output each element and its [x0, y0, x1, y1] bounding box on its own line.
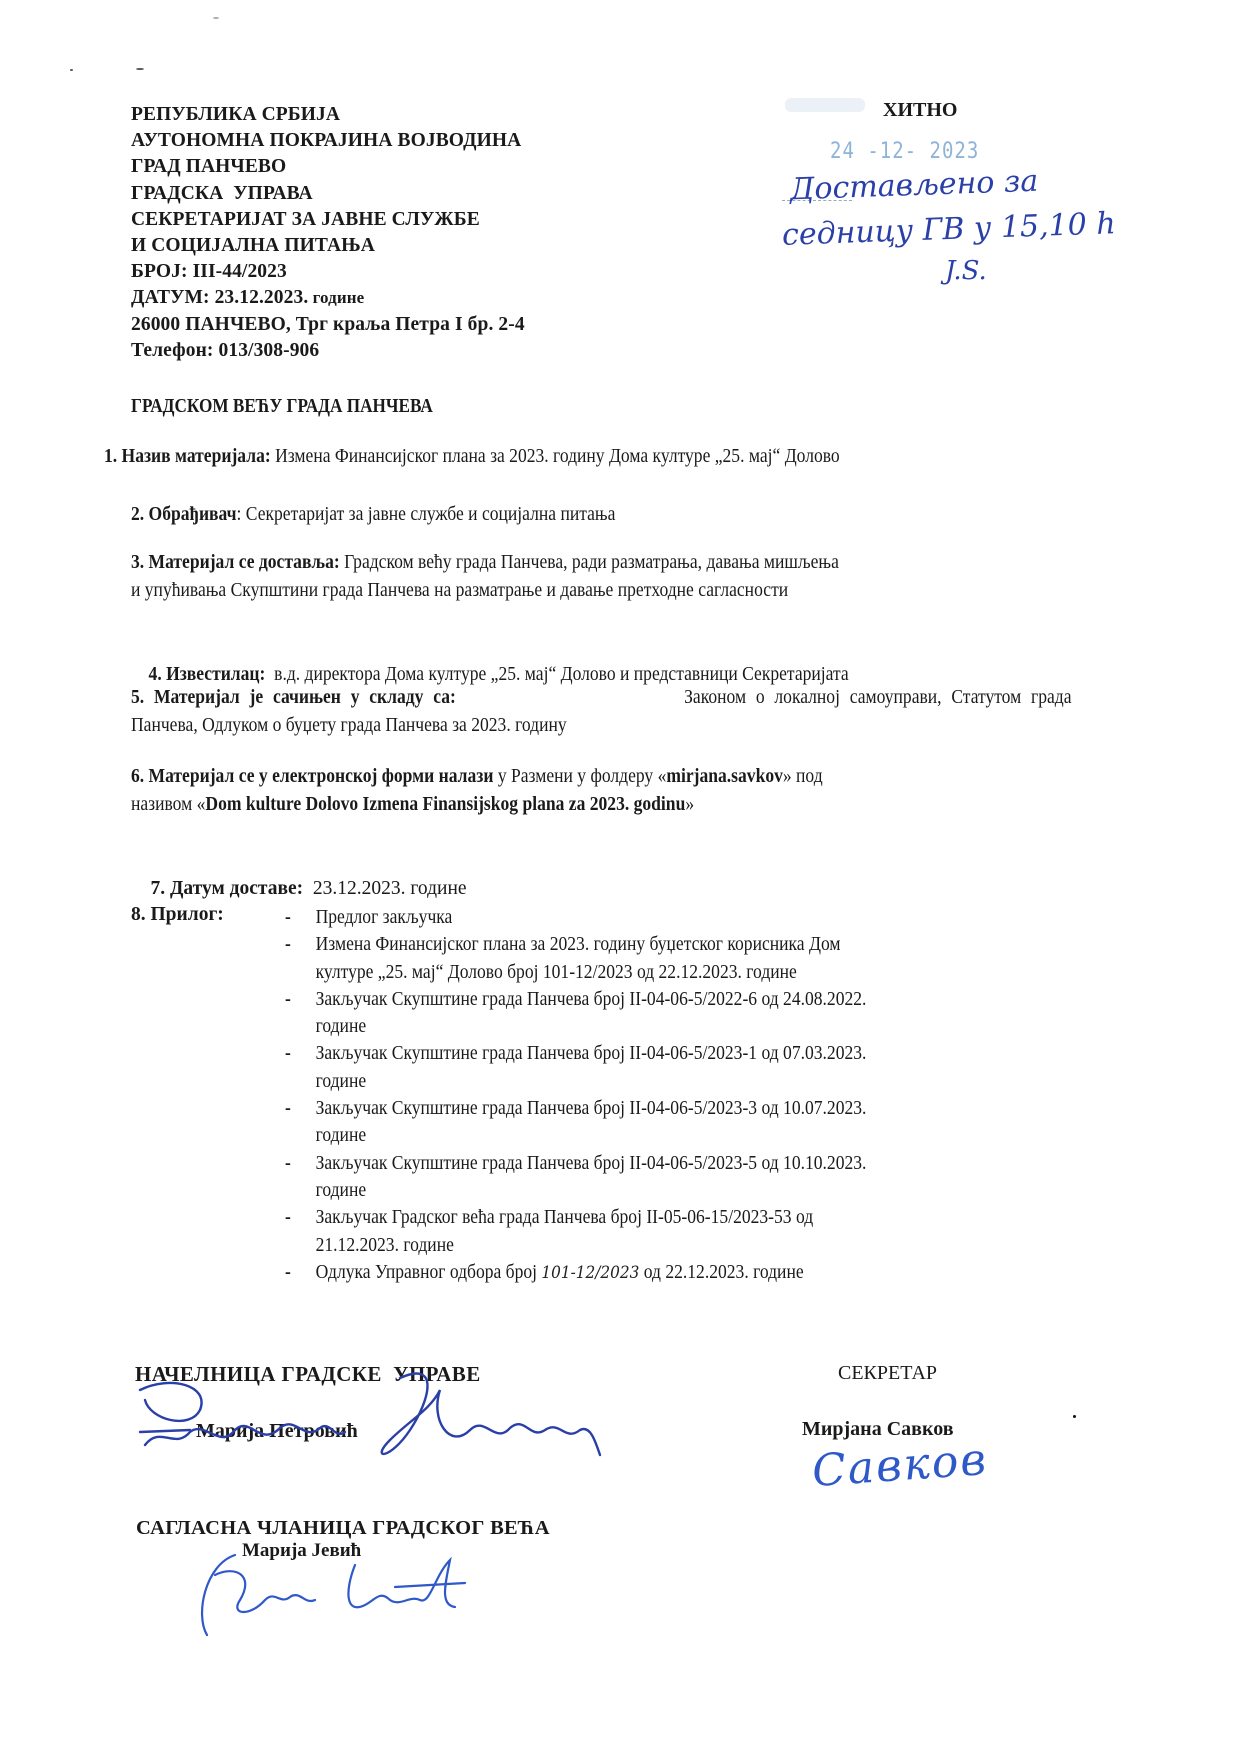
item-label: 5. Материјал је сачињен у складу са:: [131, 684, 456, 712]
item-text: » под: [783, 766, 823, 787]
header-line: И СОЦИЈАЛНА ПИТАЊА: [131, 233, 525, 259]
item-electronic-form: 6. Материјал се у електронској форми нал…: [131, 763, 1071, 819]
attachment-text: Закључак Скупштине града Панчева број II…: [316, 1150, 996, 1177]
attachment-item: - Измена Финансијског плана за 2023. год…: [285, 931, 996, 986]
attachment-item: - Закључак Градског већа града Панчева б…: [285, 1204, 996, 1259]
item-text: 23.12.2023. године: [303, 878, 466, 899]
attachment-item: - Одлука Управног одбора број 101-12/202…: [285, 1259, 996, 1287]
bullet-dash: -: [285, 1040, 291, 1067]
item-label: 1. Назив материјала:: [104, 446, 271, 467]
attachment-text-part: Одлука Управног одбора број: [316, 1262, 542, 1283]
item-legal-basis: 5. Материјал је сачињен у складу са: Зак…: [131, 684, 1071, 740]
attachment-text: Закључак Градског већа града Панчева бро…: [316, 1204, 996, 1231]
item-text: Измена Финансијског плана за 2023. годин…: [271, 446, 840, 467]
urgent-label: ХИТНО: [883, 99, 957, 122]
item-text: Градском већу града Панчева, ради размат…: [340, 552, 839, 573]
phone: Телефон: 013/308-906: [131, 338, 525, 364]
document-date: ДАТУМ: 23.12.2023. године: [131, 285, 525, 311]
bullet-dash: -: [285, 931, 291, 958]
header-line: ГРАД ПАНЧЕВО: [131, 154, 525, 180]
item-text: Законом о локалној самоуправи, Статутом …: [684, 684, 1071, 712]
bullet-dash: -: [285, 1150, 291, 1177]
signatory-title-secretary: СЕКРЕТАР: [838, 1362, 937, 1385]
header-line: РЕПУБЛИКА СРБИЈА: [131, 102, 525, 128]
item-text: »: [685, 794, 694, 815]
item-text: в.д. директора Дома културе „25. мај“ До…: [265, 664, 848, 685]
header-line: СЕКРЕТАРИЈАТ ЗА ЈАВНЕ СЛУЖБЕ: [131, 207, 525, 233]
attachment-text: године: [316, 1013, 996, 1040]
scan-speck: [1073, 1415, 1076, 1418]
item-delivered-to: 3. Материјал се доставља: Градском већу …: [131, 549, 1071, 605]
item-text: Панчева, Одлуком о буџету града Панчева …: [131, 715, 567, 736]
item-text: називом «: [131, 794, 205, 815]
attachment-text: културе „25. мај“ Долово број 101-12/202…: [316, 959, 996, 986]
bullet-dash: -: [285, 1095, 291, 1122]
item-processor: 2. Обрађивач: Секретаријат за јавне служ…: [131, 501, 1071, 529]
scan-speck: [213, 17, 219, 19]
item-label: 4. Известилац:: [149, 664, 266, 685]
bullet-dash: -: [285, 1204, 291, 1231]
date-value: ДАТУМ: 23.12.2023.: [131, 287, 308, 308]
attachments-label: 8. Прилог:: [131, 904, 224, 926]
attachment-text: године: [316, 1122, 996, 1149]
handwritten-note-line: Достављено за: [789, 164, 1038, 208]
attachment-text: Закључак Скупштине града Панчева број II…: [316, 1040, 996, 1067]
address: 26000 ПАНЧЕВО, Трг краља Петра I бр. 2-4: [131, 312, 525, 338]
signature-head: [130, 1370, 610, 1470]
item-text: : Секретаријат за јавне службе и социјал…: [237, 504, 616, 525]
item-label: 6. Материјал се у електронској форми нал…: [131, 766, 493, 787]
attachment-text: године: [316, 1068, 996, 1095]
attachment-text: 21.12.2023. године: [316, 1232, 996, 1259]
attachment-item: - Закључак Скупштине града Панчева број …: [285, 1095, 996, 1150]
handwritten-initials: J.S.: [945, 256, 987, 286]
date-suffix: године: [308, 288, 364, 307]
attachment-item: - Предлог закључка: [285, 904, 996, 931]
folder-name: mirjana.savkov: [666, 766, 783, 787]
item-material-name: 1. Назив материјала: Измена Финансијског…: [104, 443, 1044, 471]
receipt-stamp: 24 -12- 2023: [830, 138, 979, 163]
header-line: ГРАДСКА УПРАВА: [131, 181, 525, 207]
recipient: ГРАДСКОМ ВЕЋУ ГРАДА ПАНЧЕВА: [131, 395, 433, 418]
attachment-text: Измена Финансијског плана за 2023. годин…: [316, 931, 996, 958]
attachment-item: - Закључак Скупштине града Панчева број …: [285, 1040, 996, 1095]
item-label: 7. Датум доставе:: [151, 878, 304, 899]
attachment-text: Предлог закључка: [316, 904, 996, 931]
item-label: 2. Обрађивач: [131, 504, 237, 525]
item-text: и упућивања Скупштини града Панчева на р…: [131, 580, 788, 601]
attachment-text: Закључак Скупштине града Панчева број II…: [316, 986, 996, 1013]
stamp-smudge: [785, 98, 865, 112]
attachment-item: - Закључак Скупштине града Панчева број …: [285, 1150, 996, 1205]
handwritten-note-line: седницу ГВ у 15,10 h: [781, 206, 1116, 253]
bullet-dash: -: [285, 1259, 291, 1286]
attachment-text: Одлука Управног одбора број 101-12/2023 …: [316, 1259, 996, 1287]
bullet-dash: -: [285, 904, 291, 931]
item-text: у Размени у фолдеру «: [493, 766, 666, 787]
signature-council-member: [195, 1545, 475, 1645]
item-label: 3. Материјал се доставља:: [131, 552, 340, 573]
header-line: АУТОНОМНА ПОКРАЈИНА ВОЈВОДИНА: [131, 128, 525, 154]
attachment-item: - Закључак Скупштине града Панчева број …: [285, 986, 996, 1041]
attachment-text: године: [316, 1177, 996, 1204]
attachment-text: Закључак Скупштине града Панчева број II…: [316, 1095, 996, 1122]
attachment-text-part: од 22.12.2023. године: [639, 1262, 803, 1283]
attachments-list: - Предлог закључка - Измена Финансијског…: [285, 904, 996, 1287]
document-header: РЕПУБЛИКА СРБИЈА АУТОНОМНА ПОКРАЈИНА ВОЈ…: [131, 102, 525, 364]
signature-secretary: Савков: [810, 1434, 989, 1497]
signatory-title-council: САГЛАСНА ЧЛАНИЦА ГРАДСКОГ ВЕЋА: [136, 1517, 550, 1540]
file-name: Dom kulture Dolovo Izmena Finansijskog p…: [205, 794, 685, 815]
document-number: БРОЈ: III-44/2023: [131, 259, 525, 285]
scan-speck: [136, 68, 144, 70]
bullet-dash: -: [285, 986, 291, 1013]
scan-speck: [70, 69, 73, 71]
handwritten-number: 101-12/2023: [541, 1263, 639, 1283]
